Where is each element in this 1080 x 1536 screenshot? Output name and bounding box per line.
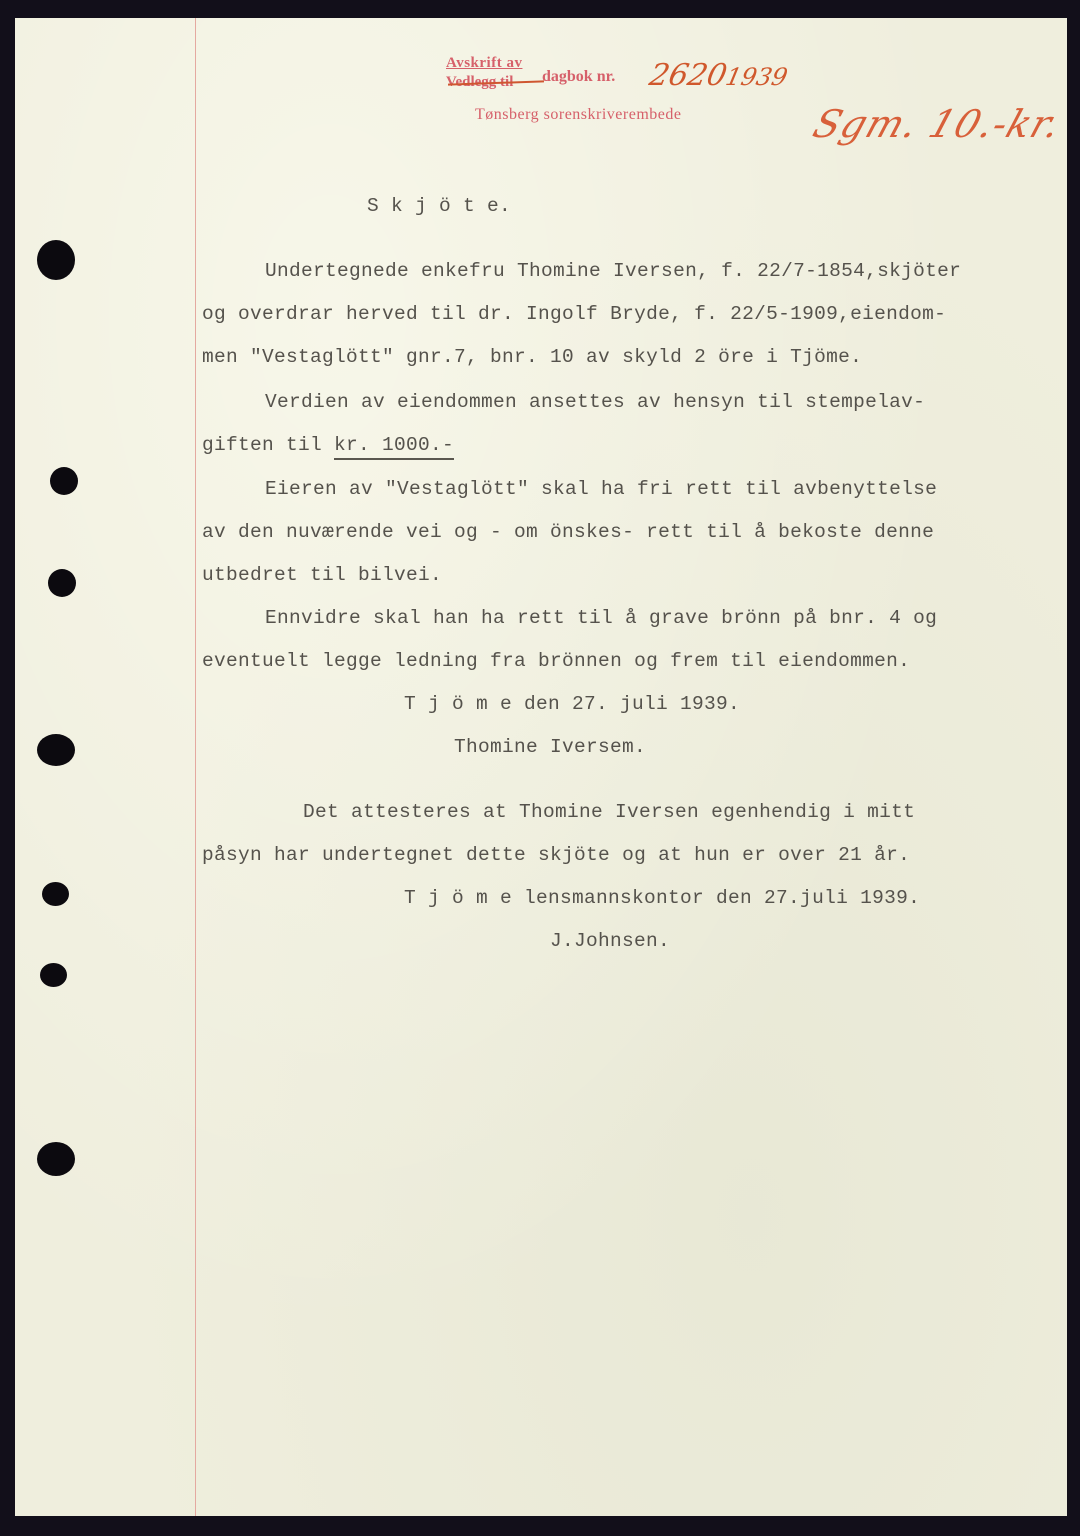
document-page: Avskrift av Vedlegg til dagbok nr. 26201… xyxy=(15,18,1067,1516)
attestation-line: påsyn har undertegnet dette skjöte og at… xyxy=(202,844,910,866)
stamp-dagbok: dagbok nr. xyxy=(542,68,615,86)
punch-hole xyxy=(48,569,76,597)
stamp-value: kr. 1000.- xyxy=(334,434,454,460)
signature-seller: Thomine Iversem. xyxy=(454,736,646,758)
body-line: og overdrar herved til dr. Ingolf Bryde,… xyxy=(202,303,946,325)
attestation-line: Det attesteres at Thomine Iversen egenhe… xyxy=(303,801,915,823)
body-line: eventuelt legge ledning fra brönnen og f… xyxy=(202,650,910,672)
body-line: utbedret til bilvei. xyxy=(202,564,442,586)
place-date: T j ö m e den 27. juli 1939. xyxy=(404,693,740,715)
signature-witness: J.Johnsen. xyxy=(550,930,670,952)
document-title: S k j ö t e. xyxy=(367,195,511,217)
stamp-office: Tønsberg sorenskriverembede xyxy=(475,106,681,124)
margin-line xyxy=(195,18,196,1516)
punch-hole xyxy=(37,1142,75,1176)
punch-hole xyxy=(50,467,78,495)
handwritten-fee-note: Sgm. 10.-kr. xyxy=(808,102,1067,146)
stamp-avskrift: Avskrift av xyxy=(446,55,522,72)
body-line: Eieren av "Vestaglött" skal ha fri rett … xyxy=(265,478,937,500)
body-line: giften til kr. 1000.- xyxy=(202,434,454,456)
body-line: Ennvidre skal han ha rett til å grave br… xyxy=(265,607,937,629)
punch-hole xyxy=(42,882,69,906)
body-line: Undertegnede enkefru Thomine Iversen, f.… xyxy=(265,260,961,282)
body-line: men "Vestaglött" gnr.7, bnr. 10 av skyld… xyxy=(202,346,862,368)
handwritten-journal-number: 26201939 xyxy=(646,58,791,93)
body-line: av den nuværende vei og - om önskes- ret… xyxy=(202,521,934,543)
punch-hole xyxy=(40,963,67,987)
body-line: Verdien av eiendommen ansettes av hensyn… xyxy=(265,391,925,413)
punch-hole xyxy=(37,240,75,280)
punch-hole xyxy=(37,734,75,766)
attestation-place-date: T j ö m e lensmannskontor den 27.juli 19… xyxy=(404,887,920,909)
